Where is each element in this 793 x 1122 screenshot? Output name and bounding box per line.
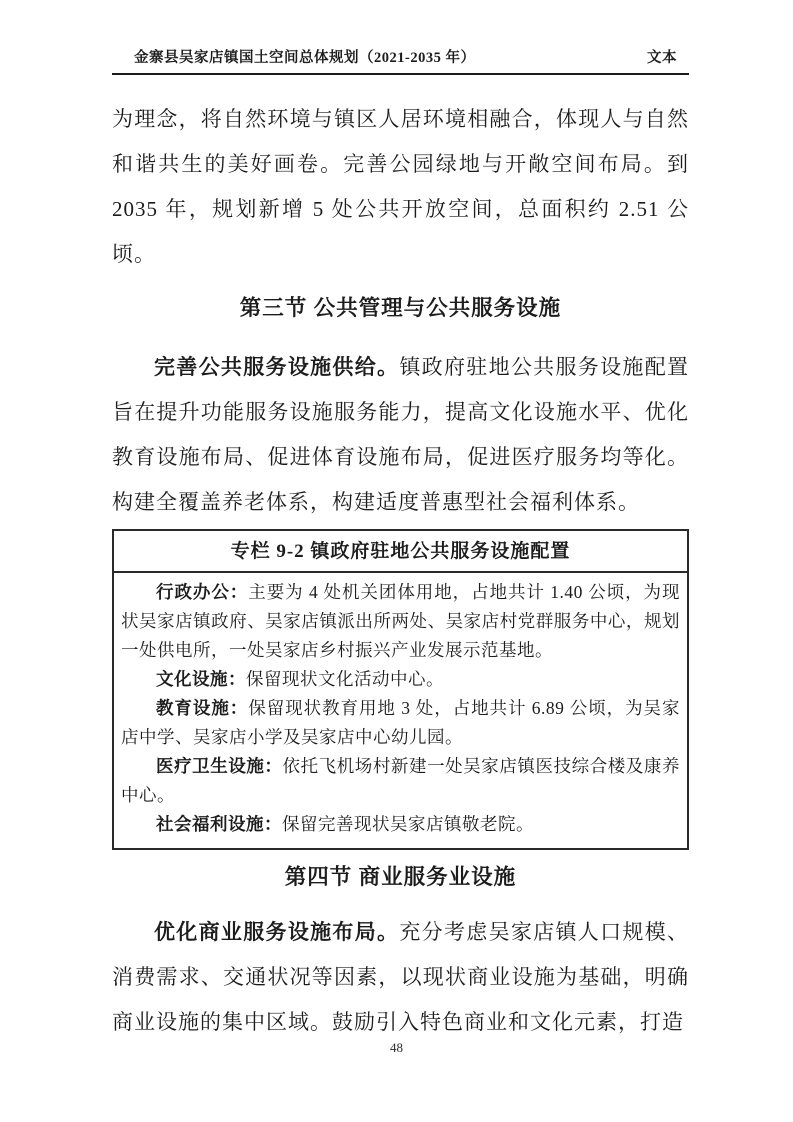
panel-item-medical: 医疗卫生设施：依托飞机场村新建一处吴家店镇医技综合楼及康养中心。 xyxy=(121,752,680,810)
paragraph-public-services: 完善公共服务设施供给。镇政府驻地公共服务设施配置旨在提升功能服务设施服务能力，提… xyxy=(112,345,689,525)
panel-body: 行政办公：主要为 4 处机关团体用地，占地共计 1.40 公顷，为现状吴家店镇政… xyxy=(114,573,687,848)
panel-item-administration: 行政办公：主要为 4 处机关团体用地，占地共计 1.40 公顷，为现状吴家店镇政… xyxy=(121,578,680,665)
panel-item-label: 教育设施： xyxy=(156,698,248,718)
panel-item-label: 文化设施： xyxy=(156,669,246,689)
panel-item-label: 医疗卫生设施： xyxy=(156,756,283,776)
panel-item-education: 教育设施：保留现状教育用地 3 处，占地共计 6.89 公顷，为吴家店中学、吴家… xyxy=(121,694,680,752)
panel-item-label: 行政办公： xyxy=(156,582,248,602)
panel-item-label: 社会福利设施： xyxy=(156,814,282,834)
paragraph-lead-bold: 完善公共服务设施供给。 xyxy=(154,355,399,379)
page-content: 金寨县吴家店镇国土空间总体规划（2021-2035 年） 文本 为理念，将自然环… xyxy=(0,46,793,1045)
section-heading-4: 第四节 商业服务业设施 xyxy=(112,862,689,892)
section-heading-3: 第三节 公共管理与公共服务设施 xyxy=(112,293,689,323)
paragraph-continuation: 为理念，将自然环境与镇区人居环境相融合，体现人与自然和谐共生的美好画卷。完善公园… xyxy=(112,97,689,277)
panel-item-culture: 文化设施：保留现状文化活动中心。 xyxy=(121,665,680,694)
panel-title: 专栏 9-2 镇政府驻地公共服务设施配置 xyxy=(114,531,687,573)
paragraph-lead-bold: 优化商业服务设施布局。 xyxy=(154,920,399,944)
panel-item-text: 保留现状文化活动中心。 xyxy=(246,669,444,689)
page-header: 金寨县吴家店镇国土空间总体规划（2021-2035 年） 文本 xyxy=(112,46,689,75)
document-page: 金寨县吴家店镇国土空间总体规划（2021-2035 年） 文本 为理念，将自然环… xyxy=(0,0,793,1122)
header-doc-type-label: 文本 xyxy=(647,46,677,67)
header-title: 金寨县吴家店镇国土空间总体规划（2021-2035 年） xyxy=(134,46,475,67)
panel-box-9-2: 专栏 9-2 镇政府驻地公共服务设施配置 行政办公：主要为 4 处机关团体用地，… xyxy=(112,529,689,850)
paragraph-commercial-services: 优化商业服务设施布局。充分考虑吴家店镇人口规模、消费需求、交通状况等因素，以现状… xyxy=(112,910,689,1045)
page-number: 48 xyxy=(0,1040,793,1056)
panel-item-text: 保留完善现状吴家店镇敬老院。 xyxy=(282,814,534,834)
panel-item-welfare: 社会福利设施：保留完善现状吴家店镇敬老院。 xyxy=(121,810,680,839)
